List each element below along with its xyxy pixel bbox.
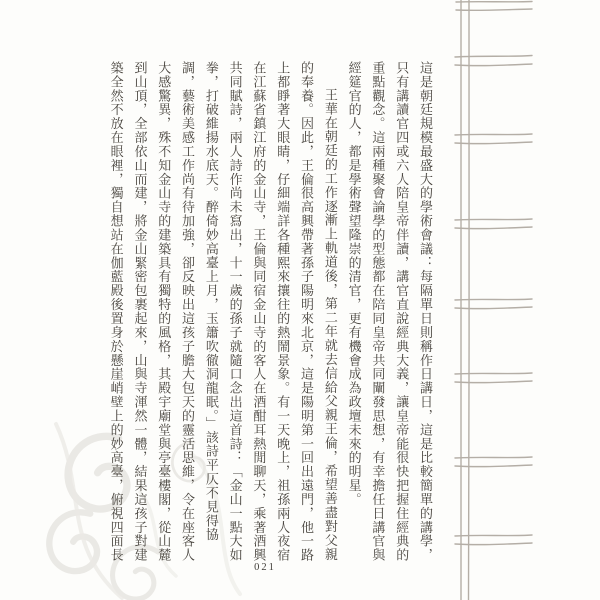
page-number: 021 bbox=[233, 562, 297, 573]
body-text: 這是朝廷規模最盛大的學術會議：每隔單日則稱作日講日，這是比較簡單的講學，只有講讀… bbox=[101, 61, 437, 564]
stitched-binding-sketch bbox=[440, 0, 600, 600]
binding-lines bbox=[455, 0, 532, 600]
paragraph-1: 這是朝廷規模最盛大的學術會議：每隔單日則稱作日講日，這是比較簡單的講學，只有講讀… bbox=[342, 61, 437, 564]
book-page: 這是朝廷規模最盛大的學術會議：每隔單日則稱作日講日，這是比較簡單的講學，只有講讀… bbox=[0, 0, 600, 600]
paragraph-2: 王華在朝廷的工作逐漸上軌道後，第二年就去信給父親王倫，希望善盡對父親的奉養。因此… bbox=[104, 61, 342, 564]
